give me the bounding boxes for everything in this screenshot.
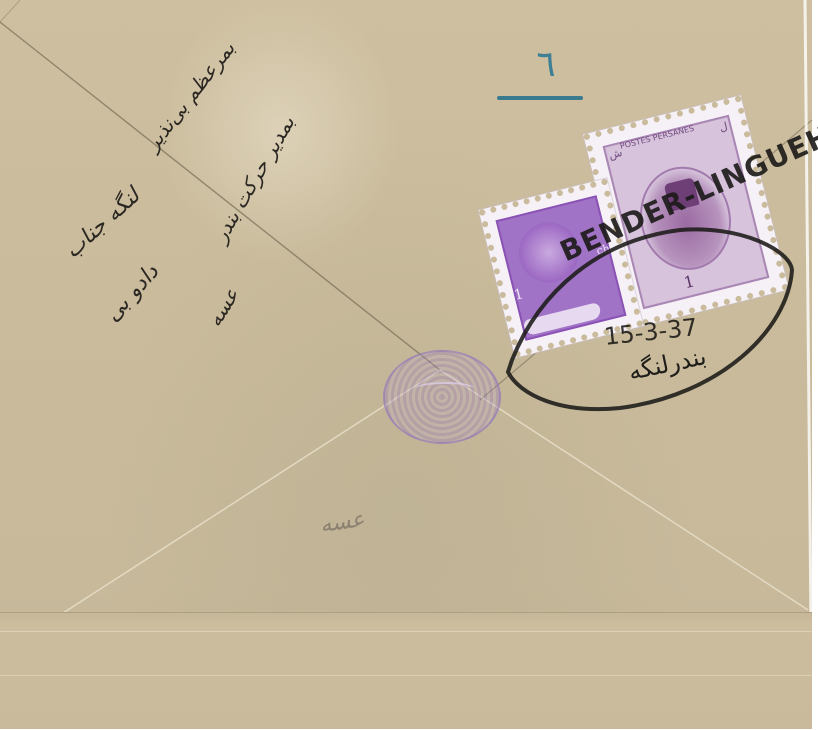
blue-pencil-mark: ٦ bbox=[495, 40, 590, 110]
blue-numeral: ٦ bbox=[517, 44, 575, 85]
violet-seal bbox=[383, 350, 501, 444]
envelope-bottom-flap bbox=[0, 612, 812, 729]
envelope-photo: ٦ بمرعظم بی‌نذیر بمدیر حرکت بندر لنگه جن… bbox=[0, 0, 818, 730]
blue-underline bbox=[497, 96, 583, 100]
fold-line bbox=[0, 631, 812, 632]
seal-band bbox=[415, 382, 475, 396]
fold-line bbox=[0, 675, 812, 676]
